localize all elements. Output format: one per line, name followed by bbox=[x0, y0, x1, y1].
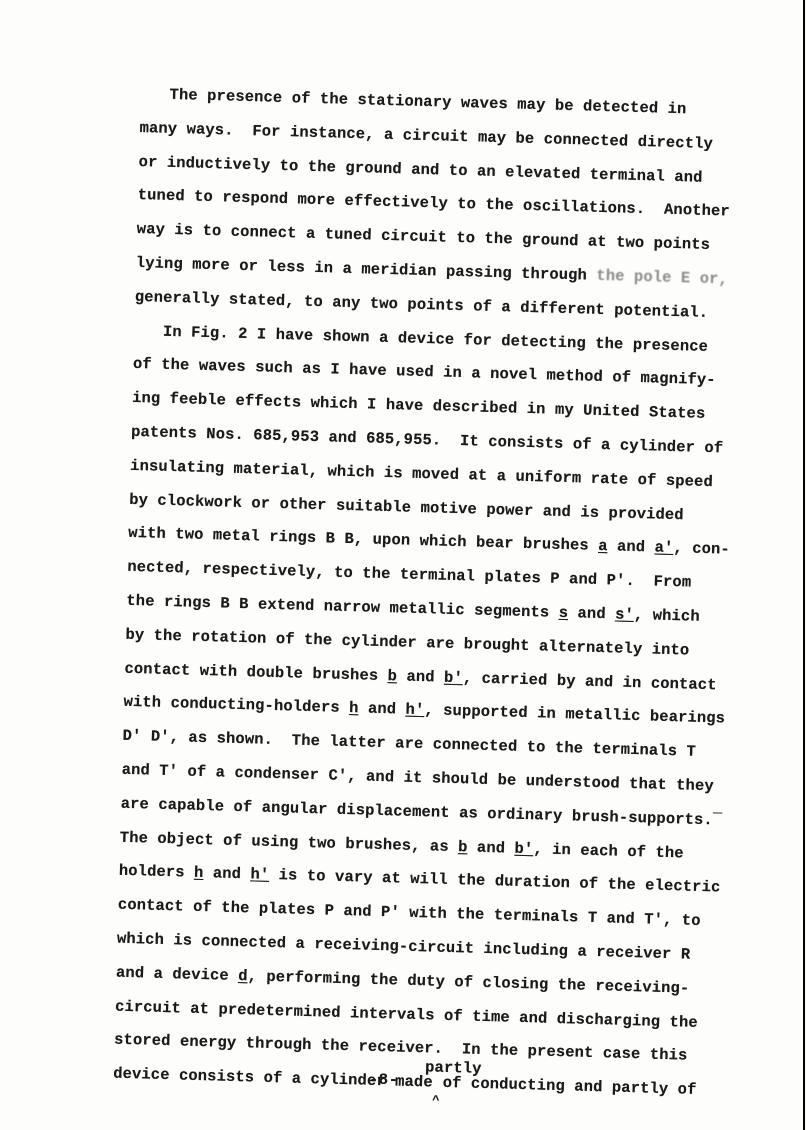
text-segment: The object of using two brushes, as bbox=[120, 828, 459, 855]
text-segment: lying more or less in a meridian passing… bbox=[136, 254, 588, 285]
text-segment: the pole E or, bbox=[587, 267, 728, 289]
caret-icon: ^ bbox=[432, 1095, 440, 1107]
scanned-document-page: The presence of the stationary waves may… bbox=[0, 0, 807, 1130]
text-segment: , carried by and in contact bbox=[463, 669, 717, 694]
text-segment: The presence of the stationary waves may… bbox=[169, 86, 686, 118]
text-segment: with conducting-holders bbox=[123, 693, 349, 717]
text-segment: and bbox=[568, 604, 615, 623]
text-segment: with two metal rings B B, upon which bea… bbox=[128, 524, 598, 555]
text-segment: and bbox=[203, 864, 250, 883]
underlined-letter: b bbox=[387, 667, 397, 685]
underlined-letter: a' bbox=[654, 539, 673, 558]
underlined-letter: h' bbox=[250, 866, 269, 885]
underlined-letter: s bbox=[558, 604, 568, 622]
underlined-letter: b' bbox=[514, 839, 533, 858]
underlined-letter: b' bbox=[444, 668, 463, 687]
text-segment: and a device bbox=[116, 963, 239, 984]
underlined-letter: s' bbox=[615, 605, 634, 624]
text-segment: , in each of the bbox=[533, 840, 684, 862]
underlined-letter: b bbox=[458, 838, 468, 856]
page-number: -8- bbox=[369, 1071, 398, 1089]
text-segment: , performing the duty of closing the rec… bbox=[247, 967, 689, 997]
underlined-letter: d bbox=[238, 967, 248, 985]
underlined-letter: h' bbox=[405, 701, 424, 720]
typewritten-text: The presence of the stationary waves may… bbox=[113, 78, 771, 1109]
text-segment: and bbox=[607, 538, 654, 557]
text-segment: , which bbox=[634, 606, 700, 626]
text-segment: , con- bbox=[673, 539, 730, 559]
text-segment: , supported in metallic bearings bbox=[424, 702, 725, 728]
text-segment: and bbox=[467, 838, 514, 857]
text-segment: contact with double brushes bbox=[124, 659, 388, 684]
text-segment: the rings B B extend narrow metallic seg… bbox=[126, 592, 559, 622]
text-segment: and bbox=[397, 667, 444, 686]
inserted-word: partly bbox=[425, 1060, 482, 1076]
underlined-letter: h bbox=[194, 864, 204, 882]
text-segment: is to vary at will the duration of the e… bbox=[269, 866, 721, 897]
text-segment: and bbox=[358, 700, 405, 719]
text-segment: holders bbox=[119, 862, 195, 882]
scan-edge-right bbox=[803, 0, 805, 1130]
